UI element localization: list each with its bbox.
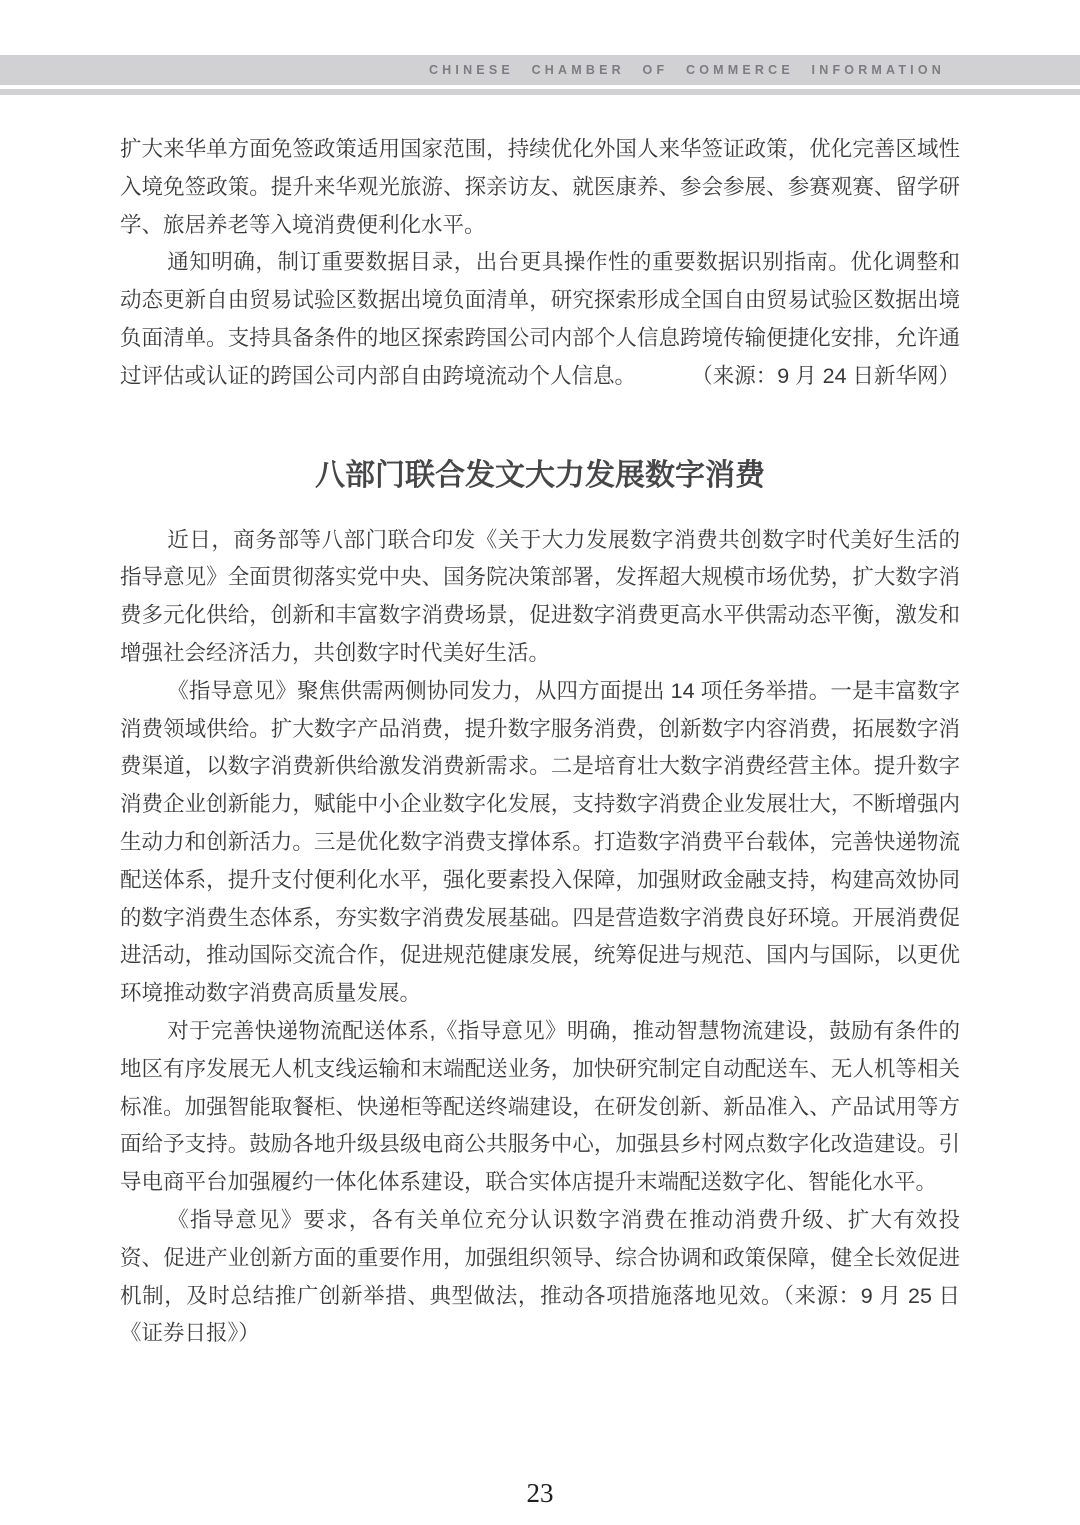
paragraph: 对于完善快递物流配送体系,《指导意见》明确，推动智慧物流建设，鼓励有条件的地区有…	[120, 1013, 960, 1202]
paragraph: 《指导意见》聚焦供需两侧协同发力，从四方面提出 14 项任务举措。一是丰富数字消…	[120, 673, 960, 1013]
header-divider-line	[0, 89, 1080, 95]
paragraph: 通知明确，制订重要数据目录，出台更具操作性的重要数据识别指南。优化调整和动态更新…	[120, 244, 960, 395]
paragraph: 近日，商务部等八部门联合印发《关于大力发展数字消费共创数字时代美好生活的指导意见…	[120, 522, 960, 673]
document-page: CHINESE CHAMBER OF COMMERCE INFORMATION …	[0, 0, 1080, 1525]
article-title: 八部门联合发文大力发展数字消费	[120, 454, 960, 498]
paragraph: 《指导意见》要求，各有关单位充分认识数字消费在推动消费升级、扩大有效投资、促进产…	[120, 1202, 960, 1353]
header-banner: CHINESE CHAMBER OF COMMERCE INFORMATION	[0, 55, 1080, 85]
page-number: 23	[0, 1478, 1080, 1509]
paragraph-continuation: 扩大来华单方面免签政策适用国家范围，持续优化外国人来华签证政策，优化完善区域性入…	[120, 131, 960, 244]
header-banner-text: CHINESE CHAMBER OF COMMERCE INFORMATION	[429, 63, 945, 77]
document-body: 扩大来华单方面免签政策适用国家范围，持续优化外国人来华签证政策，优化完善区域性入…	[120, 131, 960, 1353]
source-citation: （来源：9 月 24 日新华网）	[691, 358, 960, 396]
